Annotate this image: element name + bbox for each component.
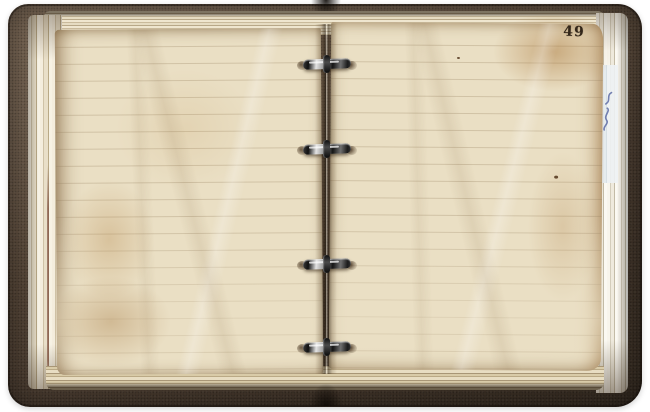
right-page-crease bbox=[329, 22, 603, 371]
spine-bottom-notch bbox=[304, 376, 348, 406]
page-number: 49 bbox=[557, 23, 592, 40]
center-gutter bbox=[315, 24, 337, 374]
gutter-crease-line bbox=[325, 24, 326, 374]
right-page bbox=[329, 22, 603, 371]
ring-clasp bbox=[323, 140, 330, 158]
ring-clasp bbox=[323, 55, 330, 73]
binder-ring-3 bbox=[299, 257, 355, 273]
ring-clasp bbox=[323, 338, 330, 356]
left-page bbox=[55, 28, 323, 375]
photo-canvas: 49 bbox=[0, 0, 650, 412]
binder-ring-1 bbox=[299, 57, 355, 73]
binder-ring-4 bbox=[299, 340, 355, 356]
binder-ring-2 bbox=[299, 142, 355, 158]
left-page-crease bbox=[55, 28, 323, 375]
margin-line-on-page-edge bbox=[47, 165, 49, 382]
ring-clasp bbox=[323, 255, 330, 273]
